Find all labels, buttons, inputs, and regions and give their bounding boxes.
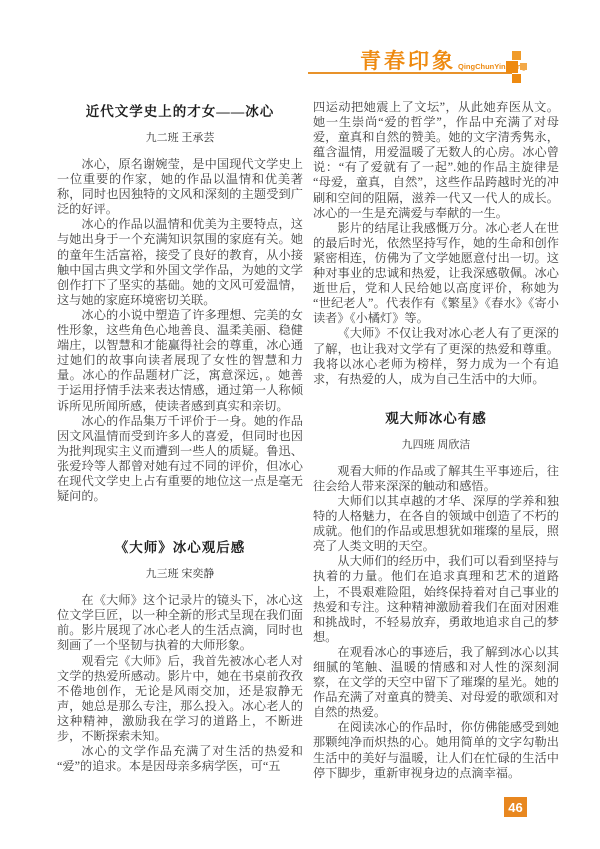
article3-paragraph: 在观看冰心的事迹后，我了解到冰心以其细腻的笔触、温暖的情感和对人性的深刻洞察，在… [313,645,559,720]
left-column: 近代文学史上的才女——冰心 九二班 王承芸 冰心，原名谢婉莹，是中国现代文学史上… [57,100,303,781]
article2-paragraph-start: 冰心的文学作品充满了对生活的热爱和“爱”的追求。本是因母亲多病学医，可“五 [57,744,303,774]
section-brand: 青春印象 QingChunYinXiang [360,48,526,72]
article2-paragraph: 《大师》不仅让我对冰心老人有了更深的了解，也让我对文学有了更深的热爱和尊重。我将… [313,326,559,386]
magazine-page: 青春印象 QingChunYinXiang 近代文学史上的才女——冰心 九二班 … [0,0,600,849]
pixel-squares-logo-icon [506,51,530,83]
article2-paragraph-continued: 四运动把她震上了文坛”，从此她弃医从文。她一生崇尚“爱的哲学”，作品中充满了对母… [313,100,559,221]
section-title: 青春印象 [360,51,456,72]
article3-paragraph: 大师们以其卓越的才华、深厚的学养和独特的人格魅力，在各自的领域中创造了不朽的成就… [313,494,559,554]
article2-author: 九三班 宋奕静 [57,565,303,581]
right-column: 四运动把她震上了文坛”，从此她弃医从文。她一生崇尚“爱的哲学”，作品中充满了对母… [313,100,559,781]
article1-paragraph: 冰心的作品集万千评价于一身。她的作品因文风温情而受到许多人的喜爱，但同时也因为批… [57,414,303,505]
article3-author: 九四班 周欣洁 [313,436,559,452]
logo-square [512,51,521,60]
logo-square [520,63,527,70]
page-number-badge: 46 [504,797,527,817]
article2-paragraph: 在《大师》这个记录片的镜头下，冰心这位文学巨匠，以一种全新的形式呈现在我们面前。… [57,593,303,653]
article3-paragraph: 在阅读冰心的作品时，你仿佛能感受到她那颗纯净而炽热的心。她用简单的文字勾勒出生活… [313,720,559,780]
logo-square [512,74,521,83]
article2-paragraph: 影片的结尾让我感慨万分。冰心老人在世的最后时光，依然坚持写作，她的生命和创作紧密… [313,221,559,327]
article2-paragraph: 观看完《大师》后，我首先被冰心老人对文学的热爱所感动。影片中，她在书桌前孜孜不倦… [57,654,303,745]
article1-title: 近代文学史上的才女——冰心 [57,100,303,120]
article1-paragraph: 冰心的小说中塑造了许多理想、完美的女性形象，这些角色心地善良、温柔美丽、稳健端庄… [57,308,303,414]
article3-paragraph: 观看大师的作品或了解其生平事迹后，往往会给人带来深深的触动和感悟。 [313,464,559,494]
article1-author: 九二班 王承芸 [57,129,303,145]
article2-title: 《大师》冰心观后感 [57,536,303,556]
article1-paragraph: 冰心的作品以温情和优美为主要特点，这与她出身于一个充满知识氛围的家庭有关。她的童… [57,217,303,308]
text-columns: 近代文学史上的才女——冰心 九二班 王承芸 冰心，原名谢婉莹，是中国现代文学史上… [57,100,559,781]
article3-title: 观大师冰心有感 [313,407,559,427]
logo-square [506,61,518,73]
article1-paragraph: 冰心，原名谢婉莹，是中国现代文学史上一位重要的作家，她的作品以温情和优美著称，同… [57,157,303,217]
article3-paragraph: 从大师们的经历中，我们可以看到坚持与执着的力量。他们在追求真理和艺术的道路上，不… [313,554,559,645]
